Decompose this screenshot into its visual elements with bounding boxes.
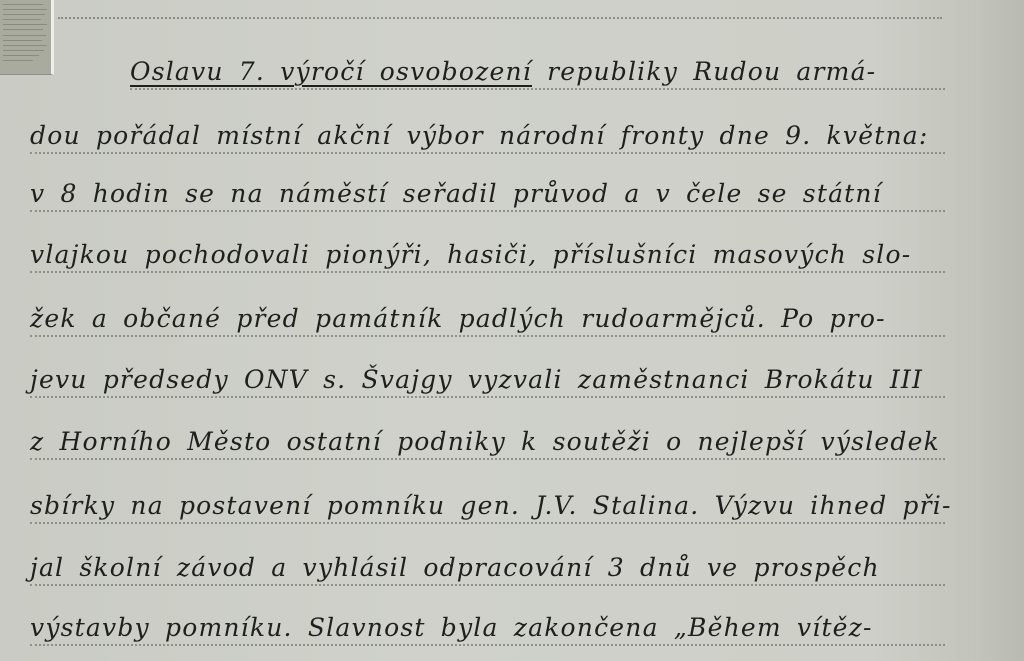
thumbnail-text-line: [3, 45, 47, 46]
dotted-rule: [30, 396, 945, 398]
thumbnail-text-line: [3, 60, 33, 61]
thumbnail-text-line: [3, 40, 42, 41]
line-text: v 8 hodin se na náměstí seřadil průvod a…: [30, 179, 882, 208]
text-line-4: vlajkou pochodovali pionýři, hasiči, pří…: [30, 223, 945, 273]
line-text: jevu předsedy ONV s. Švajgy vyzvali zamě…: [30, 365, 923, 394]
text-line-6: jevu předsedy ONV s. Švajgy vyzvali zamě…: [30, 348, 945, 398]
thumbnail-text-line: [3, 35, 46, 36]
dotted-rule: [30, 584, 945, 586]
text-line-9: jal školní závod a vyhlásil odpracování …: [30, 536, 945, 586]
thumbnail-text-line: [3, 50, 44, 51]
text-line-7: z Horního Město ostatní podniky k soutěž…: [30, 410, 945, 460]
thumbnail-text-line: [3, 29, 43, 30]
line-text: jal školní závod a vyhlásil odpracování …: [30, 553, 880, 582]
underlined-title-phrase: Oslavu 7. výročí osvobození: [130, 57, 532, 86]
line-text: žek a občané před památník padlých rudoa…: [30, 304, 886, 333]
thumbnail-text-line: [3, 55, 39, 56]
text-line-3: v 8 hodin se na náměstí seřadil průvod a…: [30, 162, 945, 212]
thumbnail-text-line: [3, 24, 47, 25]
dotted-rule: [30, 152, 945, 154]
line-text: vlajkou pochodovali pionýři, hasiči, pří…: [30, 240, 911, 269]
thumbnail-text-line: [3, 19, 41, 20]
page-thumbnail[interactable]: [0, 0, 54, 75]
text-line-10: výstavby pomníku. Slavnost byla zakončen…: [30, 596, 945, 646]
thumbnail-text-line: [3, 9, 47, 10]
dotted-rule: [30, 458, 945, 460]
text-line-8: sbírky na postavení pomníku gen. J.V. St…: [30, 474, 945, 524]
document-page: Oslavu 7. výročí osvobození republiky Ru…: [0, 0, 1024, 661]
line-text: z Horního Město ostatní podniky k soutěž…: [30, 427, 940, 456]
thumbnail-text-line: [3, 14, 45, 15]
line-text: Oslavu 7. výročí osvobození republiky Ru…: [130, 57, 876, 86]
line-text: dou pořádal místní akční výbor národní f…: [30, 121, 929, 150]
top-dotted-rule: [58, 17, 942, 19]
dotted-rule: [30, 644, 945, 646]
line-text: výstavby pomníku. Slavnost byla zakončen…: [30, 613, 873, 642]
dotted-rule: [30, 271, 945, 273]
dotted-rule: [30, 335, 945, 337]
text-line-5: žek a občané před památník padlých rudoa…: [30, 287, 945, 337]
dotted-rule: [30, 210, 945, 212]
dotted-rule: [130, 88, 945, 90]
line-text: sbírky na postavení pomníku gen. J.V. St…: [30, 491, 952, 520]
thumbnail-text-line: [3, 4, 43, 5]
text-line-2: dou pořádal místní akční výbor národní f…: [30, 104, 945, 154]
dotted-rule: [30, 522, 945, 524]
text-line-1: Oslavu 7. výročí osvobození republiky Ru…: [130, 40, 945, 90]
